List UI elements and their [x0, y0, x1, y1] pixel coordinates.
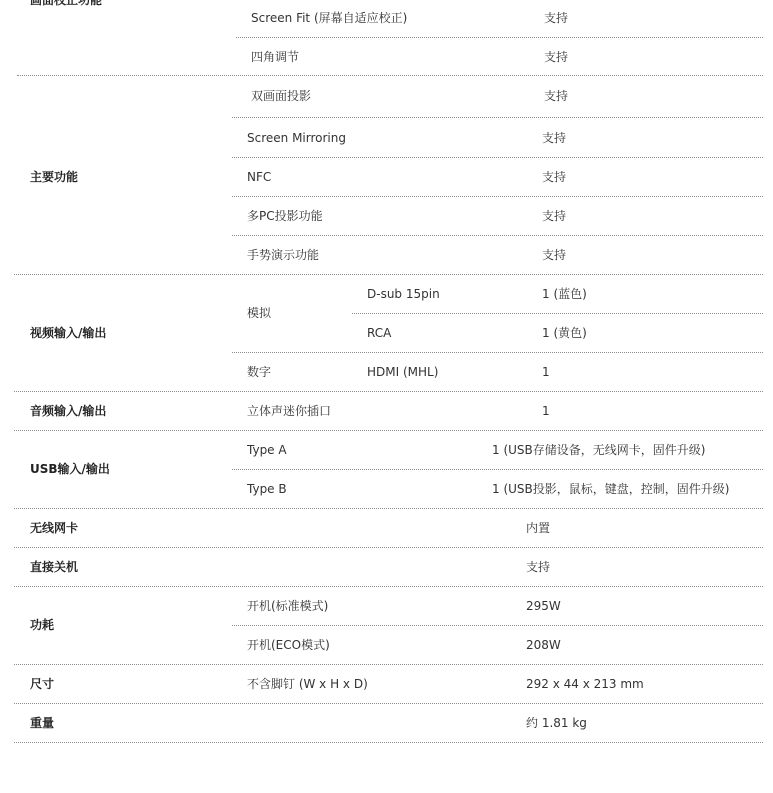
section-divider [14, 742, 763, 743]
value-power-eco: 208W [526, 637, 561, 653]
item-type-a: Type A [247, 442, 287, 458]
row-divider [236, 37, 763, 38]
row-divider [232, 469, 763, 470]
section-label-weight: 重量 [30, 715, 54, 731]
value-direct-shutdown: 支持 [526, 559, 550, 575]
section-divider [14, 664, 763, 665]
value-stereo-mini: 1 [542, 403, 550, 419]
item-power-normal: 开机(标准模式) [247, 598, 328, 614]
row-divider [232, 352, 763, 353]
row-divider [232, 157, 763, 158]
item-rca: RCA [367, 325, 391, 341]
value-keystone: 支持 [544, 49, 568, 65]
section-label-main-features: 主要功能 [30, 169, 78, 185]
section-label-screen-correction: 画面校正功能 [30, 0, 102, 8]
row-divider [232, 625, 763, 626]
value-weight: 约 1.81 kg [526, 715, 587, 731]
item-hdmi: HDMI (MHL) [367, 364, 438, 380]
row-divider [232, 117, 763, 118]
row-divider [232, 235, 763, 236]
value-hdmi: 1 [542, 364, 550, 380]
section-divider [17, 75, 763, 76]
section-label-audio-io: 音频输入/输出 [30, 403, 106, 419]
section-label-video-io: 视频输入/输出 [30, 325, 106, 341]
section-divider [14, 391, 763, 392]
value-dimensions: 292 x 44 x 213 mm [526, 676, 644, 692]
section-divider [14, 703, 763, 704]
section-divider [14, 586, 763, 587]
item-multi-pc: 多PC投影功能 [247, 208, 323, 224]
item-power-eco: 开机(ECO模式) [247, 637, 330, 653]
section-divider [14, 274, 763, 275]
item-gesture: 手势演示功能 [247, 247, 319, 263]
section-label-direct-shutdown: 直接关机 [30, 559, 78, 575]
group-digital: 数字 [247, 364, 271, 380]
section-label-power: 功耗 [30, 617, 54, 633]
value-type-a: 1 (USB存储设备，无线网卡，固件升级) [492, 442, 705, 458]
value-nfc: 支持 [542, 169, 566, 185]
value-screen-fit: 支持 [544, 10, 568, 26]
value-dual-screen: 支持 [544, 88, 568, 104]
section-label-usb-io: USB输入/输出 [30, 461, 110, 477]
item-screen-fit: Screen Fit (屏幕自适应校正) [251, 10, 407, 26]
item-stereo-mini: 立体声迷你插口 [247, 403, 331, 419]
item-type-b: Type B [247, 481, 287, 497]
item-dsub: D-sub 15pin [367, 286, 440, 302]
value-screen-mirroring: 支持 [542, 130, 566, 146]
section-divider [14, 547, 763, 548]
item-keystone: 四角调节 [251, 49, 299, 65]
item-dimensions: 不含脚钉 (W x H x D) [247, 676, 368, 692]
item-dual-screen: 双画面投影 [251, 88, 311, 104]
value-wireless-lan: 内置 [526, 520, 550, 536]
value-multi-pc: 支持 [542, 208, 566, 224]
item-nfc: NFC [247, 169, 271, 185]
value-gesture: 支持 [542, 247, 566, 263]
value-rca: 1 (黄色) [542, 325, 587, 341]
section-label-dimensions: 尺寸 [30, 676, 54, 692]
group-analog: 模拟 [247, 305, 271, 321]
value-power-normal: 295W [526, 598, 561, 614]
section-divider [14, 508, 763, 509]
value-type-b: 1 (USB投影，鼠标，键盘，控制，固件升级) [492, 481, 729, 497]
row-divider [352, 313, 763, 314]
row-divider [232, 196, 763, 197]
section-label-wireless-lan: 无线网卡 [30, 520, 78, 536]
section-divider [14, 430, 763, 431]
item-screen-mirroring: Screen Mirroring [247, 130, 346, 146]
value-dsub: 1 (蓝色) [542, 286, 587, 302]
